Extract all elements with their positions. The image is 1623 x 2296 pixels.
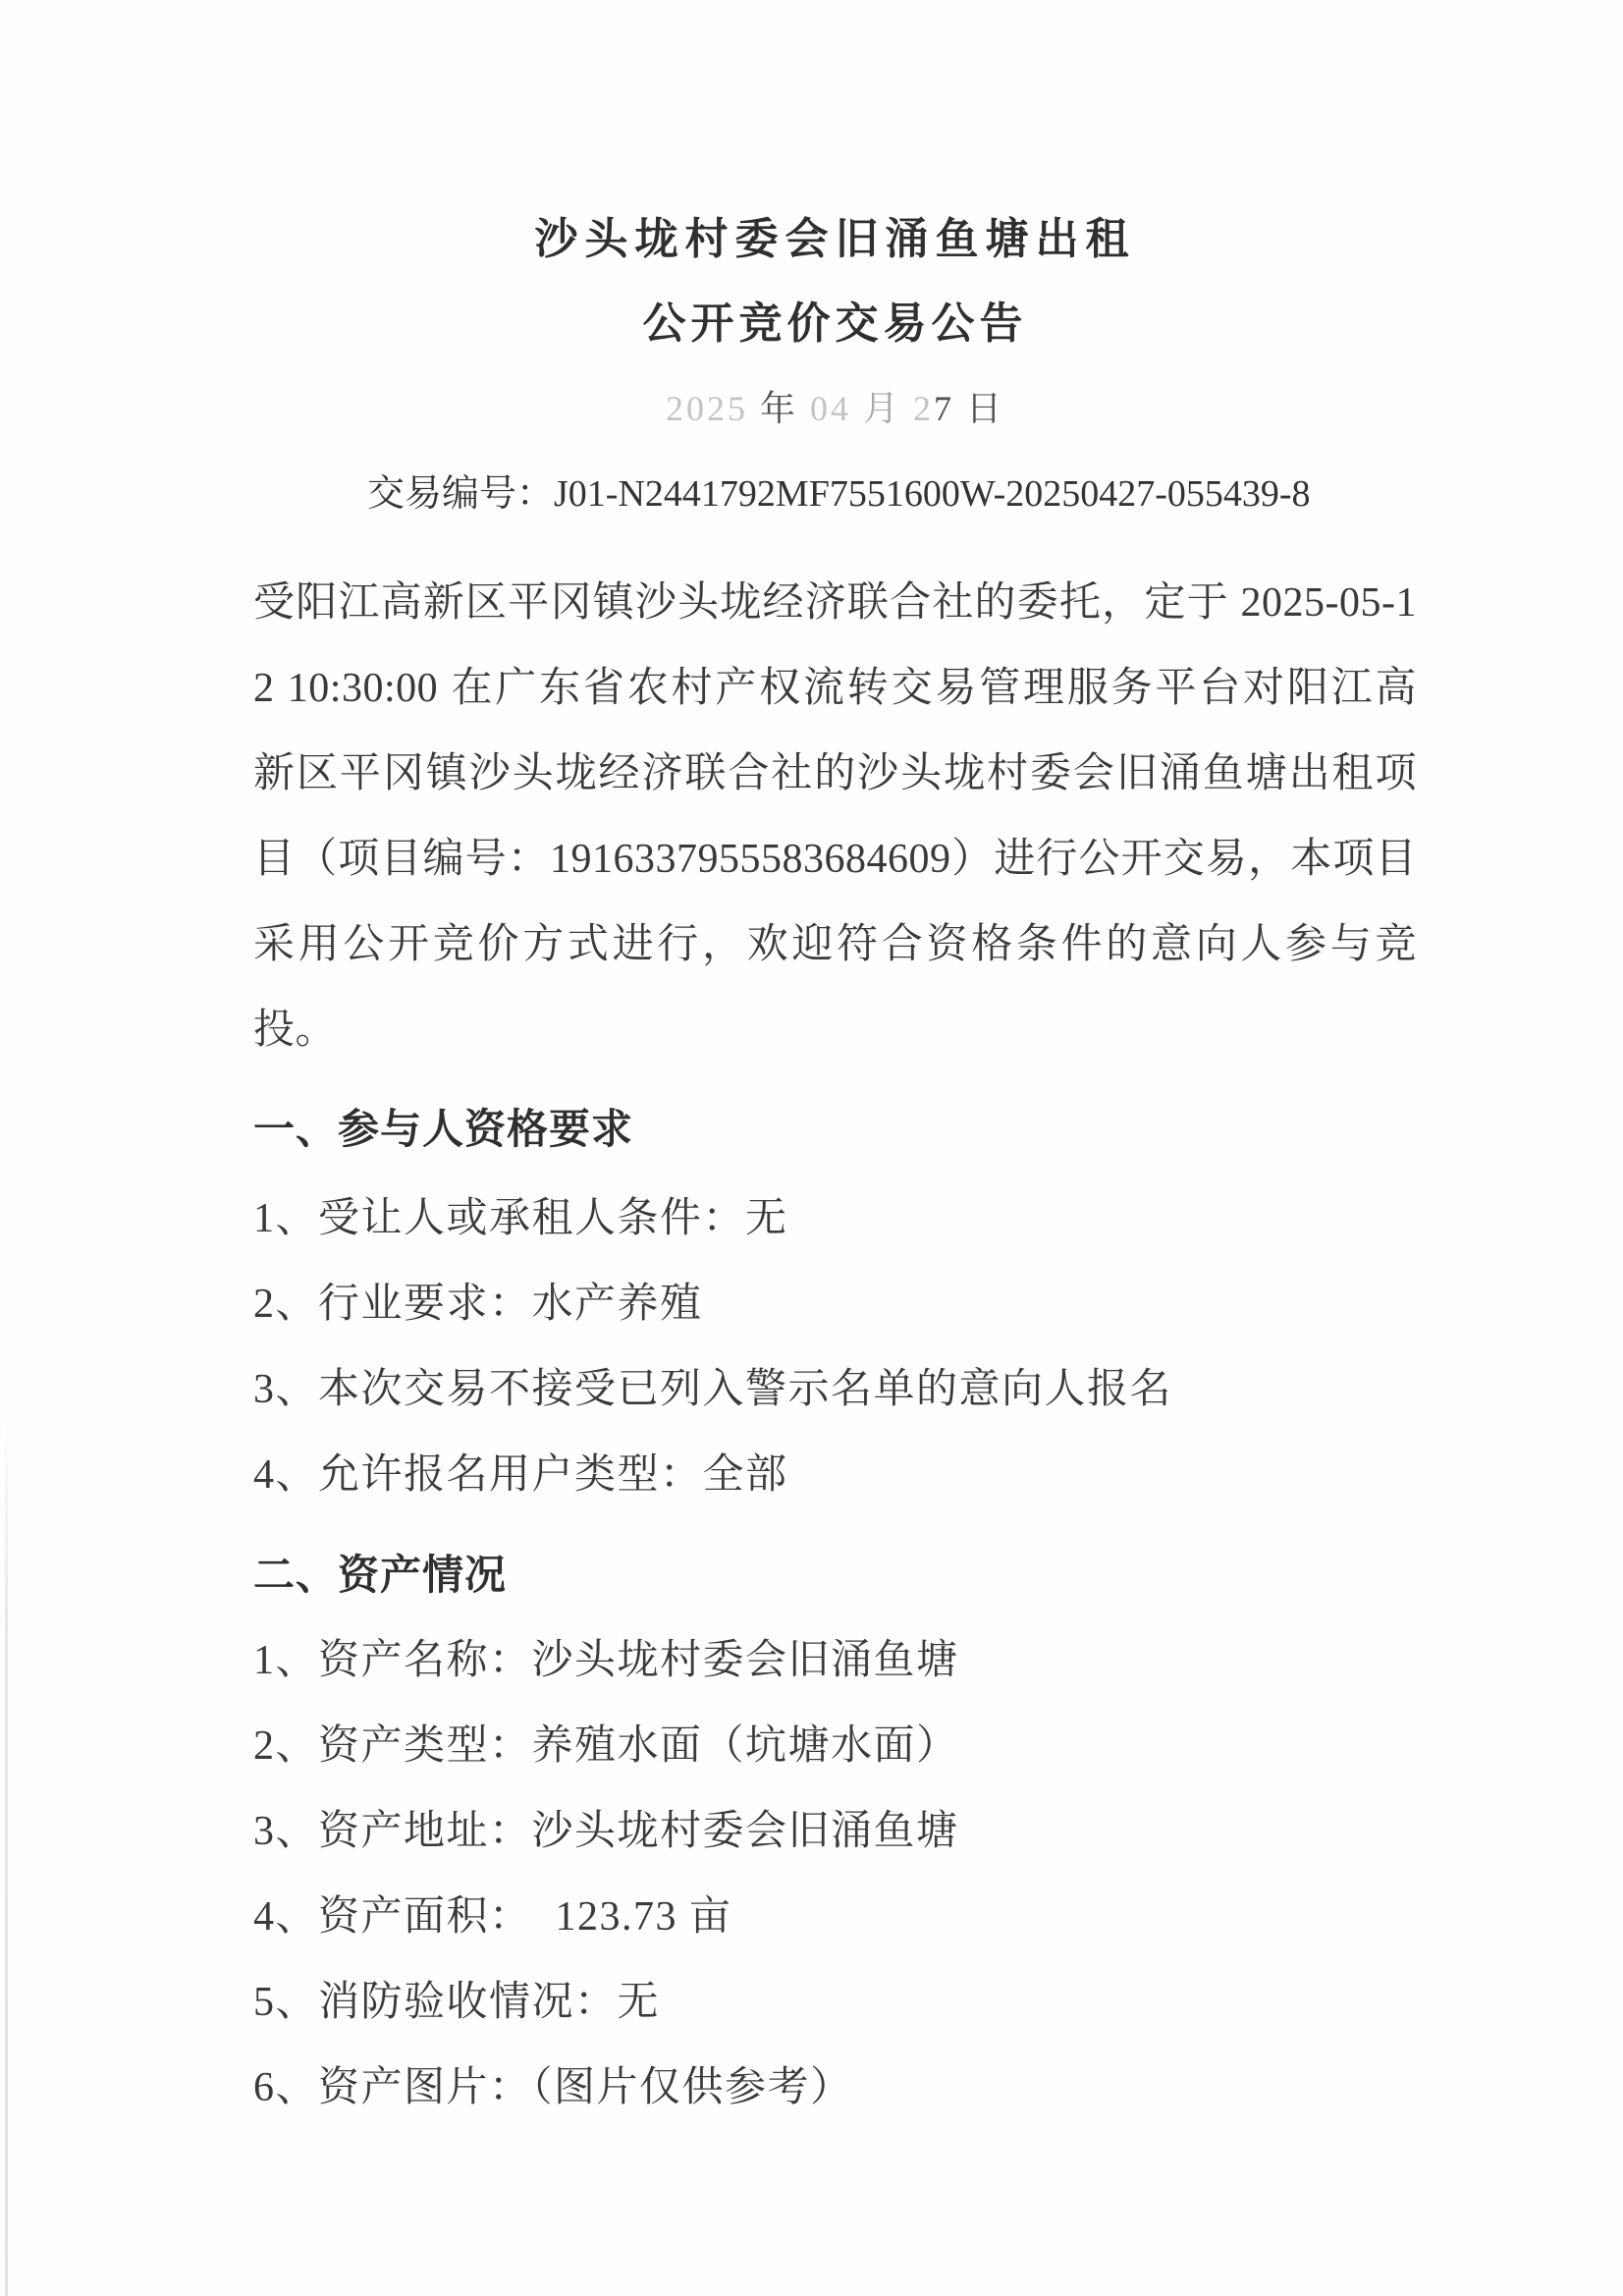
intro-line-5: 采用公开竞价方式进行，欢迎符合资格条件的意向人参与竞投。 [253, 902, 1417, 1073]
section-heading-asset-info: 二、资产情况 [253, 1556, 1417, 1597]
requirement-item-2: 2、行业要求：水产养殖 [253, 1284, 1417, 1325]
requirement-item-1: 1、受让人或承租人条件：无 [253, 1198, 1417, 1239]
document-title-line1: 沙头垅村委会旧涌鱼塘出租 [253, 218, 1417, 261]
requirement-item-4: 4、允许报名用户类型：全部 [253, 1454, 1417, 1496]
section-heading-participant-requirements: 一、参与人资格要求 [253, 1110, 1417, 1151]
date-day-digit2: 7 [934, 389, 966, 428]
intro-line-3: 新区平冈镇沙头垅经济联合社的沙头垅村委会旧涌鱼塘出租项 [253, 732, 1417, 817]
date-month-unit: 月 [863, 389, 913, 428]
asset-item-name: 1、资产名称：沙头垅村委会旧涌鱼塘 [253, 1640, 1417, 1681]
transaction-number-line: 交易编号：J01-N2441792MF7551600W-20250427-055… [253, 475, 1417, 513]
date-month: 04 [810, 389, 863, 428]
transaction-number-value: J01-N2441792MF7551600W-20250427-055439-8 [554, 473, 1311, 515]
asset-item-area: 4、资产面积： 123.73 亩 [253, 1896, 1417, 1938]
asset-item-address: 3、资产地址：沙头垅村委会旧涌鱼塘 [253, 1811, 1417, 1852]
scan-edge-artifact [5, 1404, 8, 2296]
transaction-number-label: 交易编号： [367, 473, 554, 515]
asset-item-images: 6、资产图片：（图片仅供参考） [253, 2067, 1417, 2108]
date-day-unit: 日 [966, 389, 1004, 428]
date-year: 2025 [666, 389, 760, 428]
publish-date: 2025 年 04 月 27 日 [253, 391, 1417, 426]
date-day-digit1: 2 [913, 389, 934, 428]
requirement-item-3: 3、本次交易不接受已列入警示名单的意向人报名 [253, 1369, 1417, 1410]
date-year-unit: 年 [760, 389, 810, 428]
document-page: 沙头垅村委会旧涌鱼塘出租 公开竞价交易公告 2025 年 04 月 27 日 交… [0, 0, 1623, 2296]
document-content: 沙头垅村委会旧涌鱼塘出租 公开竞价交易公告 2025 年 04 月 27 日 交… [0, 218, 1623, 2108]
asset-item-fire-inspection: 5、消防验收情况：无 [253, 1982, 1417, 2023]
asset-item-type: 2、资产类型：养殖水面（坑塘水面） [253, 1725, 1417, 1767]
intro-line-1: 受阳江高新区平冈镇沙头垅经济联合社的委托，定于 2025-05-1 [253, 561, 1417, 646]
intro-paragraph: 受阳江高新区平冈镇沙头垅经济联合社的委托，定于 2025-05-1 2 10:3… [253, 561, 1417, 1073]
intro-line-2: 2 10:30:00 在广东省农村产权流转交易管理服务平台对阳江高 [253, 646, 1417, 732]
intro-line-4: 目（项目编号：1916337955583684609）进行公开交易，本项目 [253, 817, 1417, 902]
document-title-line2: 公开竞价交易公告 [253, 302, 1417, 346]
